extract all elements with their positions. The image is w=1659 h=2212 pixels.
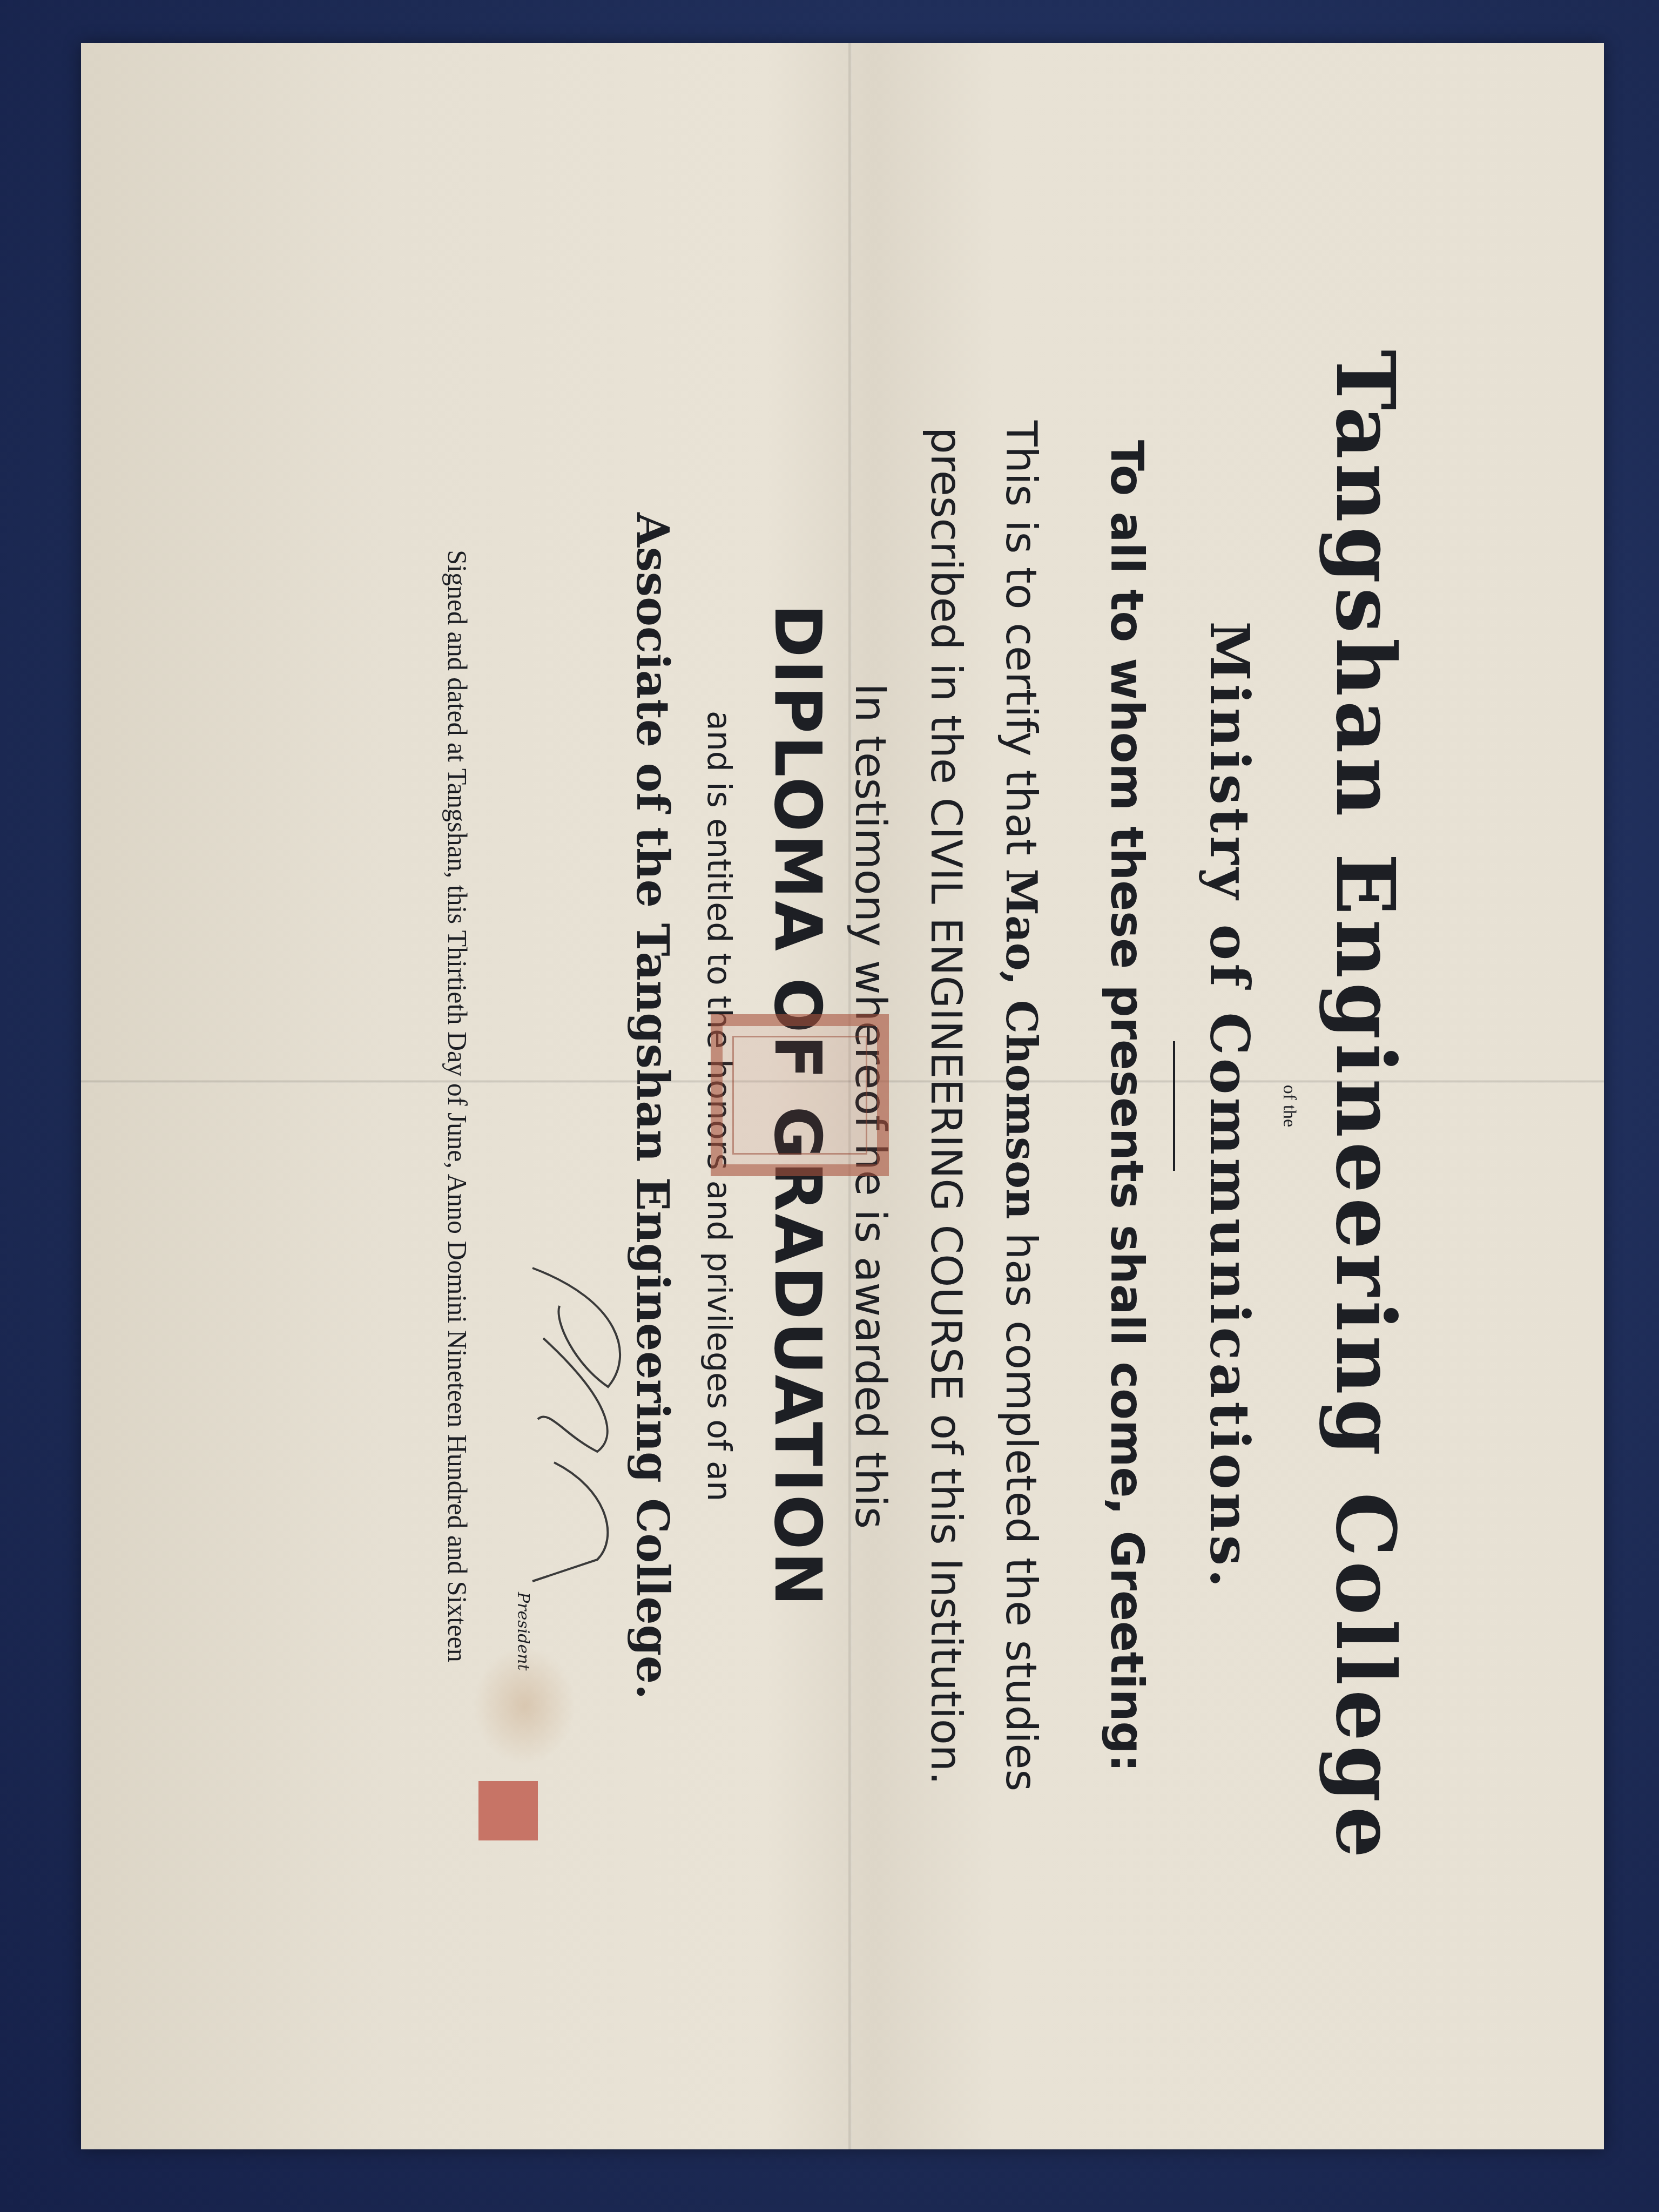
red-seal-stamp: [711, 1014, 889, 1176]
signed-dated-line: Signed and dated at Tangshan, this Thirt…: [442, 53, 473, 2159]
certify-line: This is to certify that Mao, Chomson has…: [996, 53, 1046, 2159]
of-the-text: of the: [1279, 53, 1299, 2159]
certify-prefix: This is to certify that: [996, 421, 1045, 855]
president-signature: [516, 1257, 640, 1592]
degree-line: Associate of the Tangshan Engineering Co…: [626, 53, 678, 2159]
certify-suffix: has completed the studies: [996, 1233, 1045, 1792]
ministry-title: Ministry of Communications.: [1198, 53, 1262, 2159]
graduate-name: Mao, Chomson: [996, 869, 1046, 1219]
course-line: prescribed in the CIVIL ENGINEERING COUR…: [921, 53, 970, 2159]
decorative-flourish: [1173, 1041, 1181, 1171]
paper-stain: [473, 1646, 576, 1765]
small-red-seal: [478, 1781, 538, 1840]
diploma-content-rotated: Tangshan Engineering College of the Mini…: [68, 53, 1591, 2159]
college-title: Tangshan Engineering College: [1318, 53, 1413, 2159]
greeting-line: To all to whom these presents shall come…: [1101, 53, 1154, 2159]
